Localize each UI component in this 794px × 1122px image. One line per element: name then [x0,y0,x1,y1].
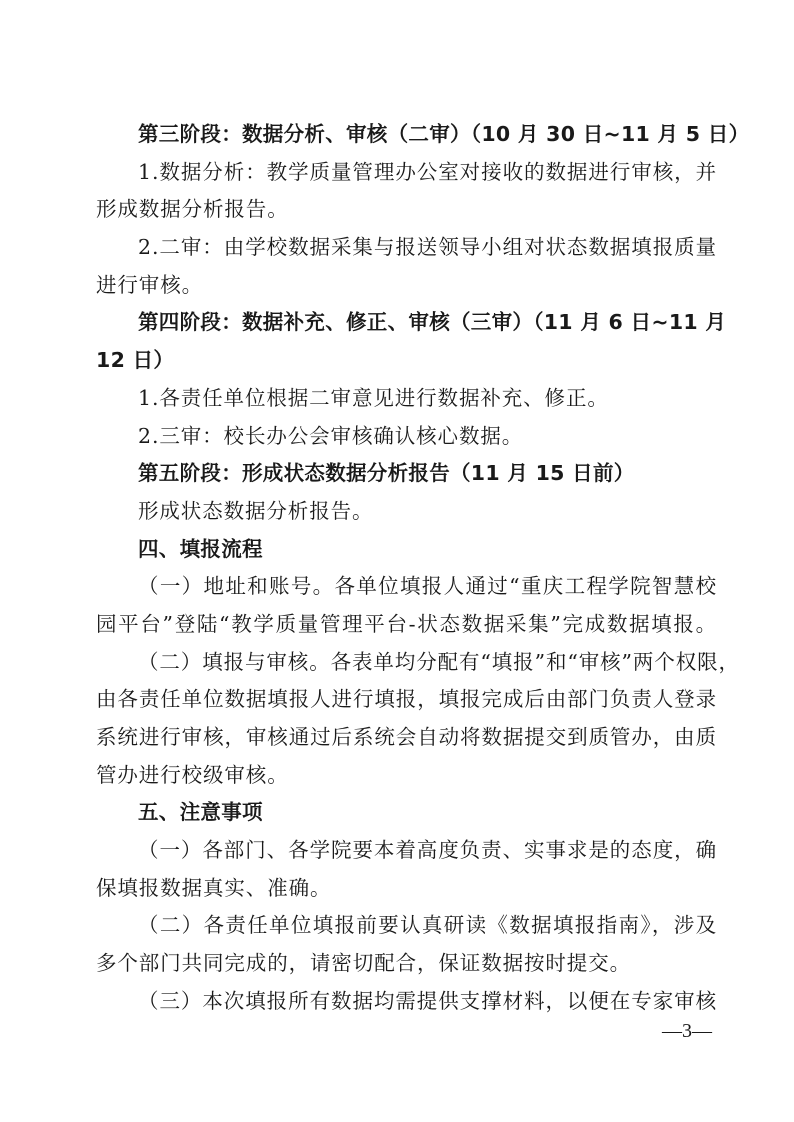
stage-three-heading: 第三阶段：数据分析、审核（二审）（10 月 30 日~11 月 5 日） [96,116,717,154]
section-four-item-2-cont-3: 管办进行校级审核。 [96,757,717,795]
section-four-item-2-cont-2: 系统进行审核，审核通过后系统会自动将数据提交到质管办，由质 [96,719,717,757]
section-five-item-3: （三）本次填报所有数据均需提供支撑材料，以便在专家审核 [96,983,717,1021]
stage-five-heading: 第五阶段：形成状态数据分析报告（11 月 15 日前） [96,455,717,493]
section-five-heading: 五、注意事项 [96,794,717,832]
stage-four-heading: 第四阶段：数据补充、修正、审核（三审）（11 月 6 日~11 月 [96,304,717,342]
section-four-item-1-cont: 园平台”登陆“教学质量管理平台-状态数据采集”完成数据填报。 [96,606,717,644]
stage-three-item-2-cont: 进行审核。 [96,267,717,305]
section-five-item-2-cont: 多个部门共同完成的，请密切配合，保证数据按时提交。 [96,945,717,983]
section-five-item-2: （二）各责任单位填报前要认真研读《数据填报指南》，涉及 [96,907,717,945]
stage-three-item-1-cont: 形成数据分析报告。 [96,191,717,229]
stage-four-heading-cont: 12 日） [96,342,717,380]
section-five-item-1-cont: 保填报数据真实、准确。 [96,870,717,908]
section-four-item-1: （一）地址和账号。各单位填报人通过“重庆工程学院智慧校 [96,568,717,606]
stage-three-item-1: 1.数据分析：教学质量管理办公室对接收的数据进行审核，并 [96,154,717,192]
stage-four-item-2: 2.三审：校长办公会审核确认核心数据。 [96,418,717,456]
section-four-item-2: （二）填报与审核。各表单均分配有“填报”和“审核”两个权限， [96,644,717,682]
page-number: —3— [662,1020,712,1043]
section-five-item-1: （一）各部门、各学院要本着高度负责、实事求是的态度，确 [96,832,717,870]
section-four-item-2-cont-1: 由各责任单位数据填报人进行填报，填报完成后由部门负责人登录 [96,681,717,719]
stage-four-item-1: 1.各责任单位根据二审意见进行数据补充、修正。 [96,380,717,418]
stage-five-body: 形成状态数据分析报告。 [96,493,717,531]
section-four-heading: 四、填报流程 [96,531,717,569]
document-page: 第三阶段：数据分析、审核（二审）（10 月 30 日~11 月 5 日） 1.数… [96,116,717,1021]
stage-three-item-2: 2.二审：由学校数据采集与报送领导小组对状态数据填报质量 [96,229,717,267]
